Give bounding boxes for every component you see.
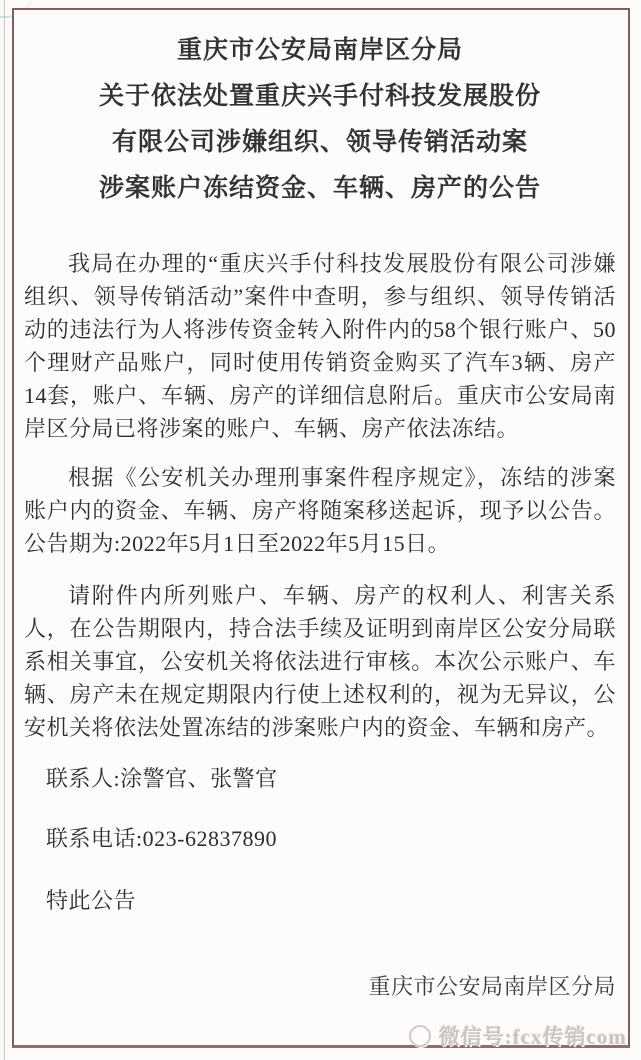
body-paragraph-2: 根据《公安机关办理刑事案件程序规定》，冻结的涉案账户内的资金、车辆、房产将随案移… xyxy=(24,461,616,560)
title-line-4: 涉案账户冻结资金、车辆、房产的公告 xyxy=(24,166,616,212)
announcement-page: 重庆市公安局南岸区分局 关于依法处置重庆兴手付科技发展股份 有限公司涉嫌组织、领… xyxy=(0,0,641,1060)
title-line-1: 重庆市公安局南岸区分局 xyxy=(24,28,616,74)
document-title: 重庆市公安局南岸区分局 关于依法处置重庆兴手付科技发展股份 有限公司涉嫌组织、领… xyxy=(24,28,616,212)
circle-logo-icon xyxy=(409,1025,431,1047)
scan-line-artifact xyxy=(4,0,5,1060)
signature-line: 重庆市公安局南岸区分局 xyxy=(24,969,616,1005)
contact-person-line: 联系人:涂警官、张警官 xyxy=(24,762,616,795)
title-line-2: 关于依法处置重庆兴手付科技发展股份 xyxy=(24,74,616,120)
body-paragraph-1: 我局在办理的“重庆兴手付科技发展股份有限公司涉嫌组织、领导传销活动”案件中查明，… xyxy=(24,247,616,445)
watermark: 微信号:fcx传销com xyxy=(409,1021,627,1051)
body-paragraph-3: 请附件内所列账户、车辆、房产的权利人、利害关系人，在公告期限内，持合法手续及证明… xyxy=(24,579,616,744)
document-border-frame: 重庆市公安局南岸区分局 关于依法处置重庆兴手付科技发展股份 有限公司涉嫌组织、领… xyxy=(12,8,630,1048)
watermark-text: 微信号:fcx传销com xyxy=(439,1021,627,1051)
contact-phone-line: 联系电话:023-62837890 xyxy=(24,822,616,855)
title-line-3: 有限公司涉嫌组织、领导传销活动案 xyxy=(24,120,616,166)
closing-line: 特此公告 xyxy=(24,884,616,917)
